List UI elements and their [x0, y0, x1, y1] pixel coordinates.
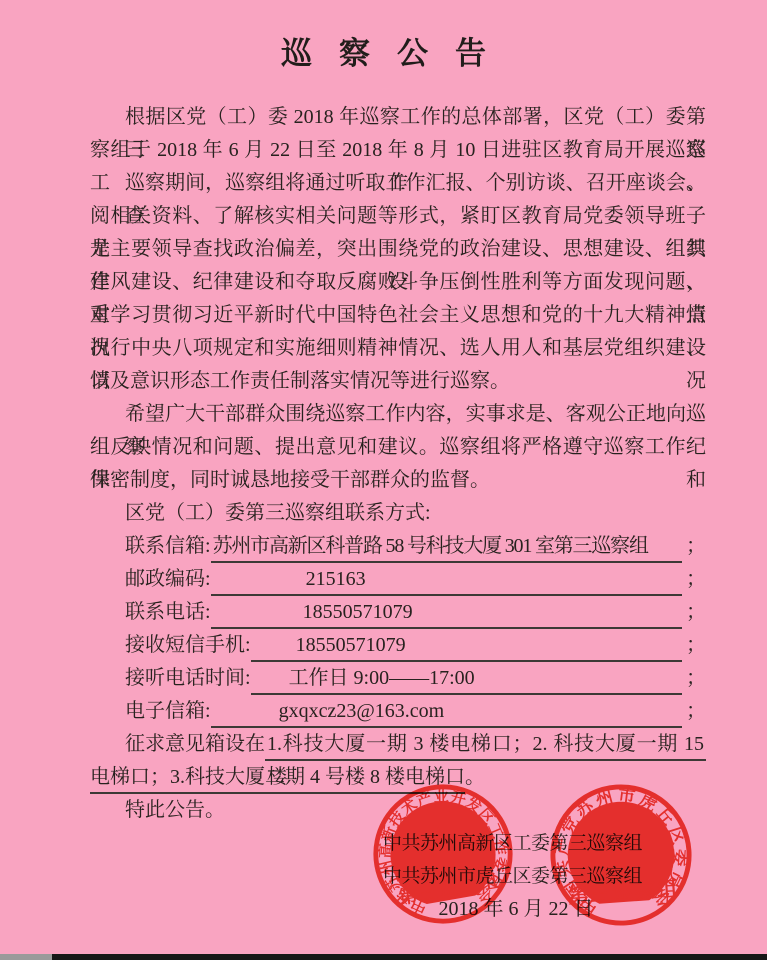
paragraph-line: 是主要领导查找政治偏差，突出围绕党的政治建设、思想建设、组织建设、 — [90, 233, 706, 266]
contact-suffix: ； — [682, 629, 706, 662]
contact-suffix: ； — [682, 596, 706, 629]
contact-suffix: ； — [682, 530, 706, 563]
mailbox-underlined-text: 1.科技大厦一期 3 楼电梯口；2. 科技大厦一期 15 楼 — [265, 728, 706, 761]
contact-row-call-hours: 接听电话时间:工作日 9:00——17:00； — [90, 662, 706, 695]
paragraph-line: 作风建设、纪律建设和夺取反腐败斗争压倒性胜利等方面发现问题，重点 — [90, 266, 706, 299]
contact-label: 联系信箱: — [125, 530, 211, 563]
contact-suffix: ； — [682, 662, 706, 695]
contact-label: 联系电话: — [125, 596, 211, 629]
official-seal-left: 中共苏州高新技术产业开发区工作委员会 第三巡察组 — [358, 769, 527, 938]
contact-row-postal-code: 邮政编码:215163； — [90, 563, 706, 596]
contact-value: 18550571079 — [303, 596, 413, 628]
contact-row-phone: 联系电话:18550571079； — [90, 596, 706, 629]
paragraph-line: 执行中央八项规定和实施细则精神情况、选人用人和基层党组织建设情况 — [90, 332, 706, 365]
contact-suffix: ； — [682, 695, 706, 728]
contact-label: 电子信箱: — [125, 695, 211, 728]
mailbox-location-line-1: 征求意见箱设在1.科技大厦一期 3 楼电梯口；2. 科技大厦一期 15 楼 — [90, 728, 706, 761]
contact-label: 接收短信手机: — [125, 629, 251, 662]
contact-underline: 18550571079 — [211, 596, 682, 629]
contact-underline: gxqxcz23@163.com — [211, 695, 682, 728]
contact-row-mail-address: 联系信箱:苏州市高新区科普路 58 号科技大厦 301 室第三巡察组； — [90, 530, 706, 563]
announcement-page: 巡察公告 根据区党（工）委 2018 年巡察工作的总体部署，区党（工）委第三巡 … — [0, 0, 767, 960]
page-title: 巡察公告 — [0, 28, 767, 73]
paragraph-line: 希望广大干部群众围绕巡察工作内容，实事求是、客观公正地向巡察 — [90, 398, 706, 431]
contact-underline: 215163 — [211, 563, 682, 596]
contact-row-sms-phone: 接收短信手机:18550571079； — [90, 629, 706, 662]
mailbox-prefix: 征求意见箱设在 — [125, 728, 265, 761]
contact-underline: 工作日 9:00——17:00 — [251, 662, 682, 695]
paragraph-line: 组反映情况和问题、提出意见和建议。巡察组将严格遵守巡察工作纪律和 — [90, 431, 706, 464]
page-title-text: 巡察公告 — [281, 36, 513, 72]
paragraph-line: 对学习贯彻习近平新时代中国特色社会主义思想和党的十九大精神情况、 — [90, 299, 706, 332]
paragraph-line: 阅相关资料、了解核实相关问题等形式，紧盯区教育局党委领导班子尤其 — [90, 200, 706, 233]
paragraph-line: 根据区党（工）委 2018 年巡察工作的总体部署，区党（工）委第三巡 — [90, 101, 706, 134]
contact-value: 215163 — [306, 563, 366, 595]
contact-value: 工作日 9:00——17:00 — [289, 662, 475, 694]
contact-label: 接听电话时间: — [125, 662, 251, 695]
scan-edge-bar — [0, 954, 767, 960]
paragraph-line: 察组于 2018 年 6 月 22 日至 2018 年 8 月 10 日进驻区教… — [90, 134, 706, 167]
contact-underline: 18550571079 — [251, 629, 682, 662]
contact-value: gxqxcz23@163.com — [279, 695, 445, 727]
contact-label: 邮政编码: — [125, 563, 211, 596]
official-seal-right: 中国共产党苏州市虎丘区委员会 第三巡察组 — [542, 776, 700, 934]
contact-row-email: 电子信箱:gxqxcz23@163.com； — [90, 695, 706, 728]
contact-underline: 苏州市高新区科普路 58 号科技大厦 301 室第三巡察组 — [211, 530, 682, 563]
contact-suffix: ； — [682, 563, 706, 596]
contact-intro: 区党（工）委第三巡察组联系方式: — [90, 497, 706, 530]
contact-value: 苏州市高新区科普路 58 号科技大厦 301 室第三巡察组 — [213, 530, 648, 562]
contact-value: 18550571079 — [296, 629, 406, 661]
paragraph-line: 巡察期间，巡察组将通过听取工作汇报、个别访谈、召开座谈会、查 — [90, 167, 706, 200]
